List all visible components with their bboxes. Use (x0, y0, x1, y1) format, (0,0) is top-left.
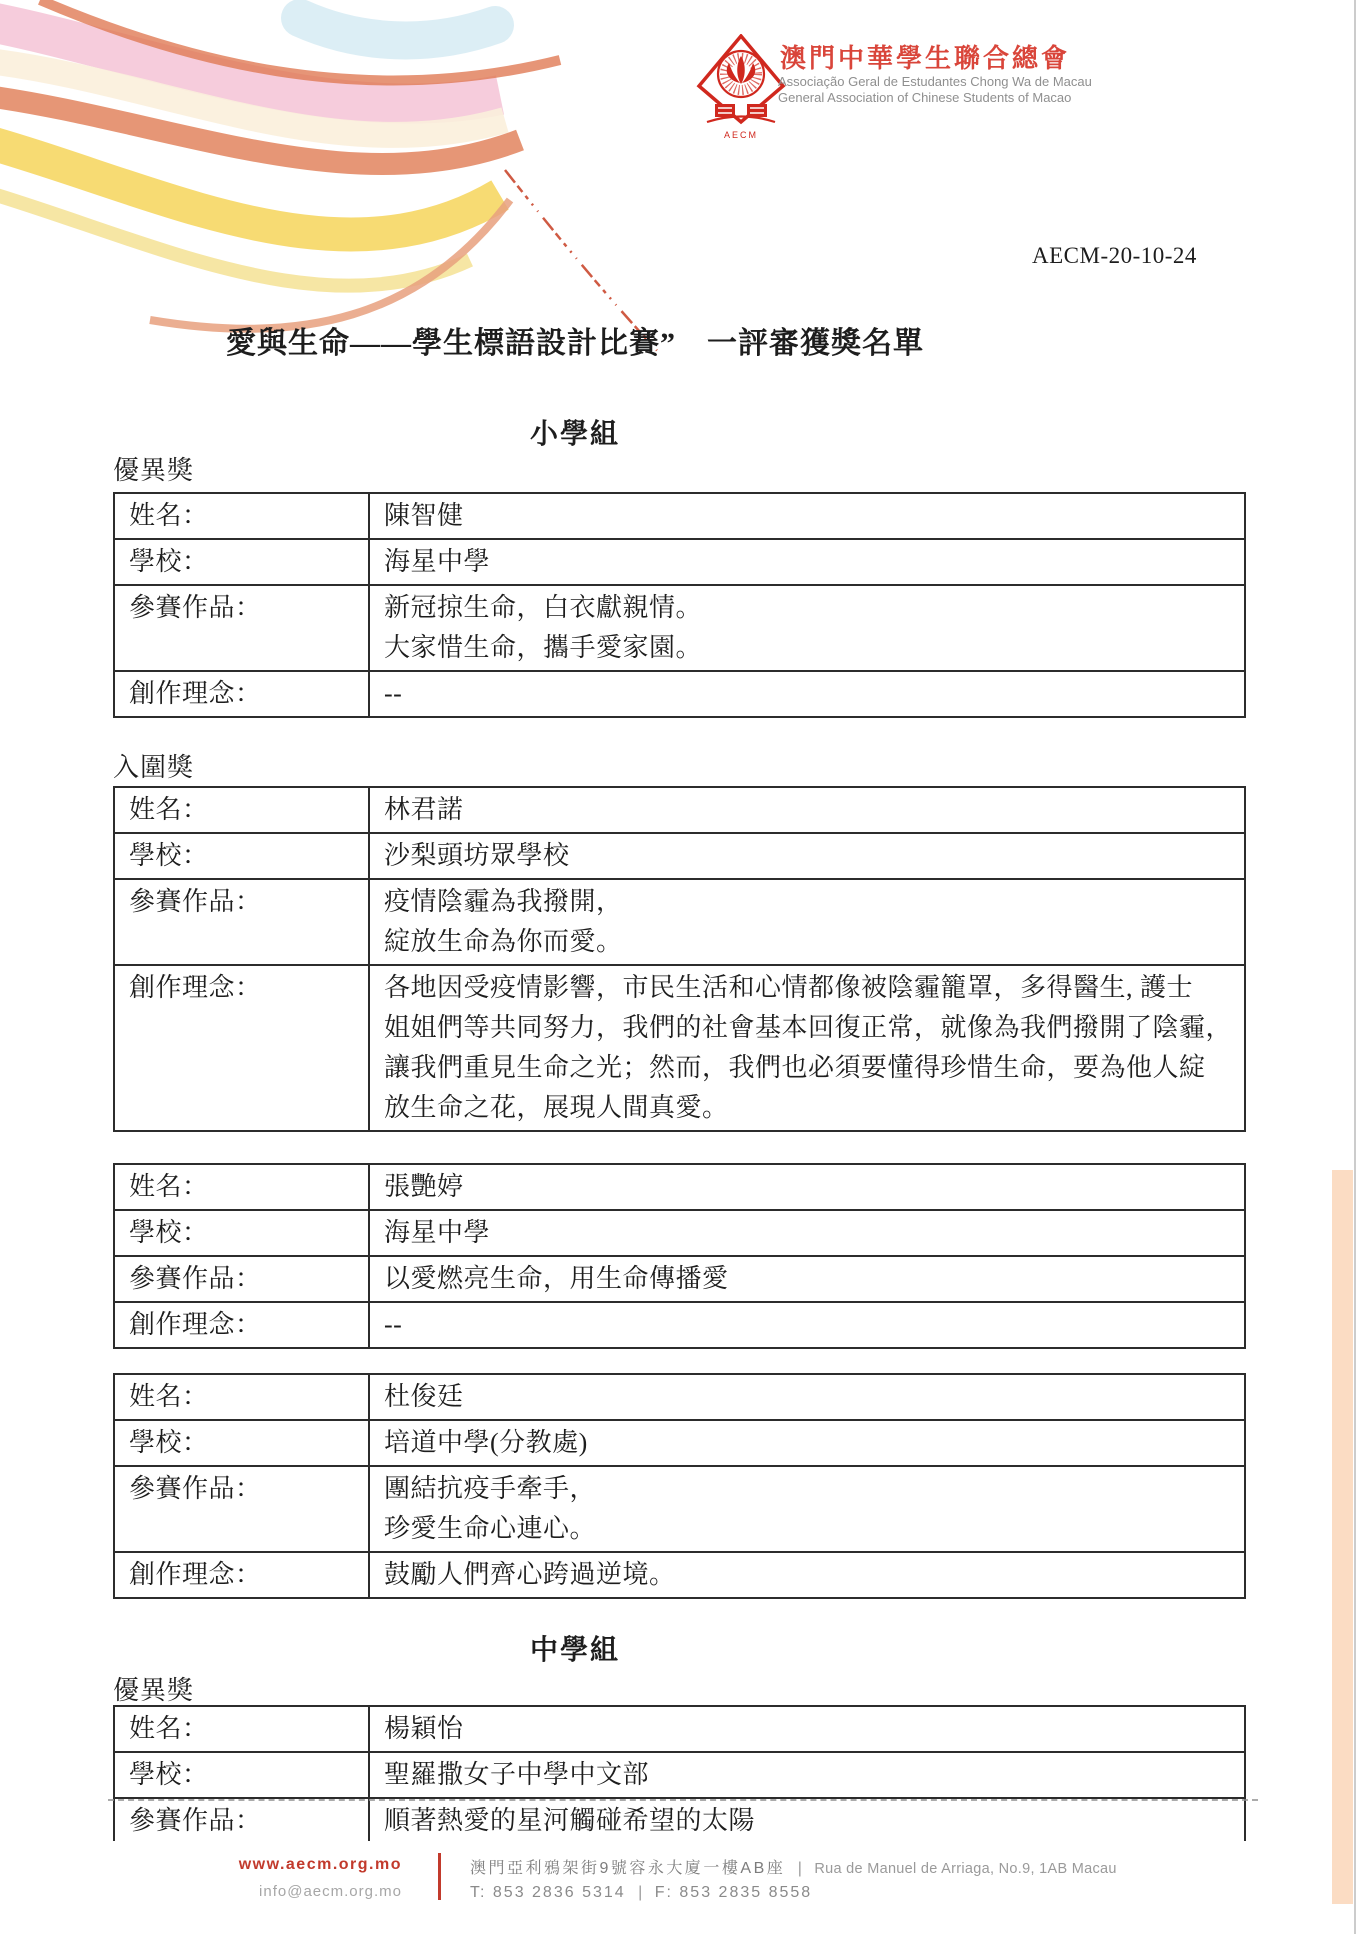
field-value: -- (369, 1302, 1245, 1348)
winner-table: 姓名： 杜俊廷 學校： 培道中學(分教處) 參賽作品： 團結抗疫手牽手， 珍愛生… (113, 1373, 1246, 1599)
field-value: 鼓勵人們齊心跨過逆境。 (369, 1552, 1245, 1598)
field-value: 新冠掠生命，白衣獻親情。 大家惜生命，攜手愛家園。 (369, 585, 1245, 671)
letterhead: 澳門中華學生聯合總會 Associação Geral de Estudante… (778, 44, 1070, 106)
field-value: 培道中學(分教處) (369, 1420, 1245, 1466)
field-value: 杜俊廷 (369, 1374, 1245, 1420)
table-row: 姓名： 林君諾 (114, 787, 1245, 833)
table-row: 學校： 沙梨頭坊眾學校 (114, 833, 1245, 879)
field-value: 楊穎怡 (369, 1706, 1245, 1752)
ribbon-swirl-decoration (0, 0, 700, 370)
field-label: 創作理念： (114, 965, 369, 1131)
document-page: AECM 澳門中華學生聯合總會 Associação Geral de Estu… (0, 0, 1360, 1934)
field-label: 姓名： (114, 1706, 369, 1752)
field-value: 海星中學 (369, 1210, 1245, 1256)
footer-email: info@aecm.org.mo (110, 1883, 402, 1900)
field-label: 學校： (114, 539, 369, 585)
award-label-merit: 優異獎 (113, 450, 194, 487)
page-fold-line (108, 1799, 1258, 1801)
table-row: 創作理念： 各地因受疫情影響，市民生活和心情都像被陰霾籠罩，多得醫生, 護士 姐… (114, 965, 1245, 1131)
winner-table-clipped-region: 姓名： 楊穎怡 學校： 聖羅撒女子中學中文部 參賽作品： 順著熱愛的星河觸碰希望… (113, 1705, 1253, 1841)
footer-fax: F: 853 2835 8558 (655, 1884, 812, 1901)
footer-divider (438, 1853, 441, 1900)
table-row: 參賽作品： 順著熱愛的星河觸碰希望的太陽 (114, 1798, 1245, 1841)
scan-edge-line (1354, 0, 1356, 1934)
footer-phone-line: T: 853 2836 5314 | F: 853 2835 8558 (470, 1884, 812, 1902)
field-label: 參賽作品： (114, 1256, 369, 1302)
field-label: 創作理念： (114, 1552, 369, 1598)
footer-separator: | (630, 1884, 650, 1901)
field-label: 參賽作品： (114, 879, 369, 965)
field-value: -- (369, 671, 1245, 717)
table-row: 參賽作品： 以愛燃亮生命，用生命傳播愛 (114, 1256, 1245, 1302)
field-label: 姓名： (114, 787, 369, 833)
field-value: 張艷婷 (369, 1164, 1245, 1210)
field-value: 順著熱愛的星河觸碰希望的太陽 (369, 1798, 1245, 1841)
field-label: 創作理念： (114, 671, 369, 717)
winner-table: 姓名： 楊穎怡 學校： 聖羅撒女子中學中文部 參賽作品： 順著熱愛的星河觸碰希望… (113, 1705, 1246, 1841)
table-row: 創作理念： 鼓勵人們齊心跨過逆境。 (114, 1552, 1245, 1598)
winner-table: 姓名： 陳智健 學校： 海星中學 參賽作品： 新冠掠生命，白衣獻親情。 大家惜生… (113, 492, 1246, 718)
footer-address-line: 澳門亞利鴉架街9號容永大廈一樓AB座 | Rua de Manuel de Ar… (470, 1855, 1117, 1878)
table-row: 參賽作品： 團結抗疫手牽手， 珍愛生命心連心。 (114, 1466, 1245, 1552)
table-row: 姓名： 陳智健 (114, 493, 1245, 539)
page-title: 愛與生命——學生標語設計比賽” 一評審獲獎名單 (0, 318, 1150, 362)
table-row: 學校： 海星中學 (114, 1210, 1245, 1256)
table-row: 姓名： 張艷婷 (114, 1164, 1245, 1210)
table-row: 參賽作品： 疫情陰霾為我撥開， 綻放生命為你而愛。 (114, 879, 1245, 965)
page-edge-peach-strip (1332, 1170, 1353, 1904)
award-label-merit-2: 優異獎 (113, 1670, 194, 1707)
field-label: 參賽作品： (114, 585, 369, 671)
group-heading-primary: 小學組 (0, 412, 1150, 452)
field-value: 陳智健 (369, 493, 1245, 539)
reference-number: AECM-20-10-24 (1032, 243, 1197, 269)
group-heading-secondary: 中學組 (0, 1628, 1150, 1668)
table-row: 參賽作品： 新冠掠生命，白衣獻親情。 大家惜生命，攜手愛家園。 (114, 585, 1245, 671)
field-label: 學校： (114, 1210, 369, 1256)
field-label: 姓名： (114, 1374, 369, 1420)
winner-table: 姓名： 張艷婷 學校： 海星中學 參賽作品： 以愛燃亮生命，用生命傳播愛 創作理… (113, 1163, 1246, 1349)
field-value: 各地因受疫情影響，市民生活和心情都像被陰霾籠罩，多得醫生, 護士 姐姐們等共同努… (369, 965, 1245, 1131)
winner-table: 姓名： 林君諾 學校： 沙梨頭坊眾學校 參賽作品： 疫情陰霾為我撥開， 綻放生命… (113, 786, 1246, 1132)
footer-address-en: Rua de Manuel de Arriaga, No.9, 1AB Maca… (814, 1861, 1116, 1877)
footer-tel: T: 853 2836 5314 (470, 1884, 626, 1901)
logo-acronym-text: AECM (724, 130, 758, 140)
field-label: 參賽作品： (114, 1798, 369, 1841)
field-value: 疫情陰霾為我撥開， 綻放生命為你而愛。 (369, 879, 1245, 965)
field-label: 學校： (114, 1752, 369, 1798)
field-value: 團結抗疫手牽手， 珍愛生命心連心。 (369, 1466, 1245, 1552)
field-value: 沙梨頭坊眾學校 (369, 833, 1245, 879)
table-row: 學校： 聖羅撒女子中學中文部 (114, 1752, 1245, 1798)
field-label: 參賽作品： (114, 1466, 369, 1552)
table-row: 創作理念： -- (114, 1302, 1245, 1348)
field-value: 海星中學 (369, 539, 1245, 585)
field-value: 聖羅撒女子中學中文部 (369, 1752, 1245, 1798)
field-label: 學校： (114, 1420, 369, 1466)
field-label: 姓名： (114, 1164, 369, 1210)
field-value: 林君諾 (369, 787, 1245, 833)
org-name-zh: 澳門中華學生聯合總會 (778, 44, 1070, 74)
field-label: 姓名： (114, 493, 369, 539)
aecm-logo-icon: AECM (693, 34, 789, 142)
footer-address-zh: 澳門亞利鴉架街9號容永大廈一樓AB座 (470, 1860, 785, 1877)
footer-website: www.aecm.org.mo (110, 1856, 402, 1874)
footer-separator: | (790, 1860, 810, 1877)
org-name-pt: Associação Geral de Estudantes Chong Wa … (778, 74, 1070, 90)
field-label: 學校： (114, 833, 369, 879)
award-label-finalist: 入圍獎 (113, 747, 194, 784)
table-row: 學校： 海星中學 (114, 539, 1245, 585)
org-name-en: General Association of Chinese Students … (778, 90, 1070, 106)
table-row: 姓名： 杜俊廷 (114, 1374, 1245, 1420)
table-row: 學校： 培道中學(分教處) (114, 1420, 1245, 1466)
table-row: 創作理念： -- (114, 671, 1245, 717)
table-row: 姓名： 楊穎怡 (114, 1706, 1245, 1752)
field-label: 創作理念： (114, 1302, 369, 1348)
field-value: 以愛燃亮生命，用生命傳播愛 (369, 1256, 1245, 1302)
